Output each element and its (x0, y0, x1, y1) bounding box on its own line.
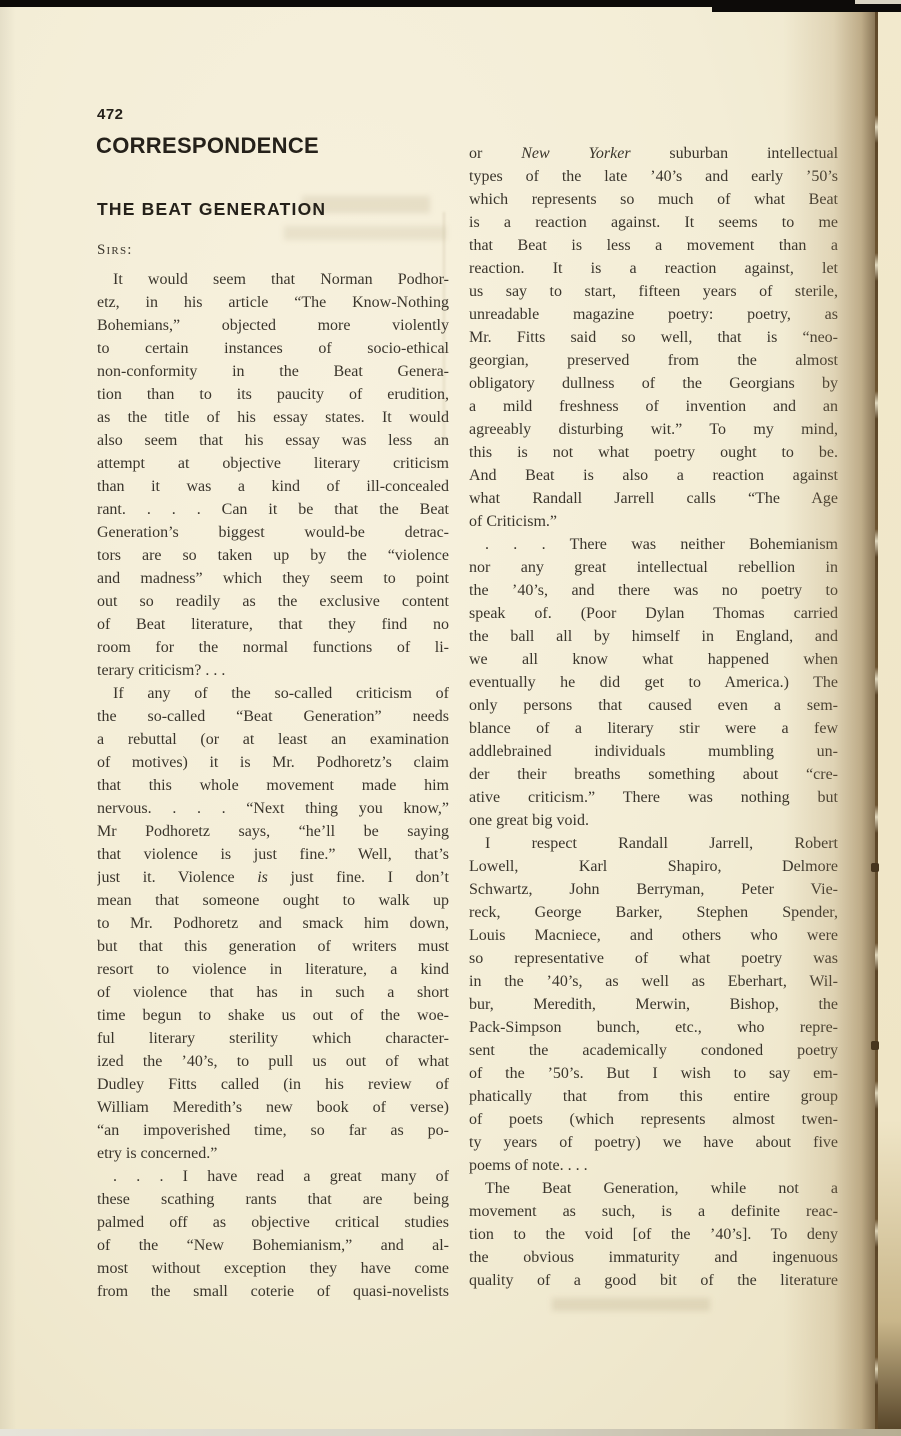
text-line: terary criticism? . . . (97, 659, 449, 682)
text-line: mean that someone ought to walk up (97, 889, 449, 912)
text-line: these scathing rants that are being (97, 1188, 449, 1211)
text-line: of motives) it is Mr. Podhoretz’s claim (97, 751, 449, 774)
text-line: tion than to its paucity of erudition, (97, 383, 449, 406)
text-line: of the “New Bohemianism,” and al- (97, 1234, 449, 1257)
text-line: attempt at objective literary criticism (97, 452, 449, 475)
scanned-page: 472 CORRESPONDENCE THE BEAT GENERATION S… (0, 0, 901, 1436)
text-line: time begun to shake us out of the woe- (97, 1004, 449, 1027)
paragraph: If any of the so-called criticism ofthe … (97, 682, 449, 1165)
scan-top-corner (855, 0, 901, 4)
text-line: also seem that his essay was less an (97, 429, 449, 452)
salutation: Sirs: (97, 242, 133, 259)
adjacent-page-edge (878, 0, 901, 1436)
text-line: Dudley Fitts called (in his review of (97, 1073, 449, 1096)
text-line: and madness” which they seem to point (97, 567, 449, 590)
left-page-shading (0, 0, 16, 1436)
bleed-through-caption (552, 1298, 710, 1311)
left-column-text: It would seem that Norman Podhor-etz, in… (97, 268, 449, 1303)
text-line: from the small coterie of quasi-novelist… (97, 1280, 449, 1303)
text-line: It would seem that Norman Podhor- (97, 268, 449, 291)
text-line: Generation’s biggest would-be detrac- (97, 521, 449, 544)
text-line: that violence is just fine.” Well, that’… (97, 843, 449, 866)
text-line: of Beat literature, that they find no (97, 613, 449, 636)
paragraph: It would seem that Norman Podhor-etz, in… (97, 268, 449, 682)
text-line: ized the ’40’s, to pull us out of what (97, 1050, 449, 1073)
text-line: ful literary sterility which character- (97, 1027, 449, 1050)
text-line: William Meredith’s new book of verse) (97, 1096, 449, 1119)
text-line: palmed off as objective critical studies (97, 1211, 449, 1234)
text-line: tors are so taken up by the “violence (97, 544, 449, 567)
text-line: to certain instances of socio-ethical (97, 337, 449, 360)
letter-title: THE BEAT GENERATION (97, 199, 326, 220)
text-line: room for the normal functions of li- (97, 636, 449, 659)
text-line: “an impoverished time, so far as po- (97, 1119, 449, 1142)
text-line: Bohemians,” objected more violently (97, 314, 449, 337)
page-number: 472 (97, 106, 124, 123)
text-line: resort to violence in literature, a kind (97, 958, 449, 981)
text-line: but that this generation of writers must (97, 935, 449, 958)
paragraph: . . . I have read a great many ofthese s… (97, 1165, 449, 1303)
page-edge-mark (871, 1041, 879, 1050)
text-line: of violence that has in such a short (97, 981, 449, 1004)
scan-bottom-edge (0, 1429, 901, 1436)
text-line: etry is concerned.” (97, 1142, 449, 1165)
text-line: etz, in his article “The Know-Nothing (97, 291, 449, 314)
bleed-through-smudge (284, 226, 446, 240)
text-line: If any of the so-called criticism of (97, 682, 449, 705)
text-line: . . . I have read a great many of (97, 1165, 449, 1188)
text-line: as the title of his essay states. It wou… (97, 406, 449, 429)
text-line: nervous. . . . “Next thing you know,” (97, 797, 449, 820)
text-line: out so readily as the exclusive content (97, 590, 449, 613)
text-line: to Mr. Podhoretz and smack him down, (97, 912, 449, 935)
text-line: non-conformity in the Beat Genera- (97, 360, 449, 383)
text-line: Mr Podhoretz says, “he’ll be saying (97, 820, 449, 843)
text-line: than it was a kind of ill-concealed (97, 475, 449, 498)
text-line: the so-called “Beat Generation” needs (97, 705, 449, 728)
page-curl-shading (783, 0, 875, 1436)
page-edge-mark (871, 863, 879, 872)
text-line: rant. . . . Can it be that the Beat (97, 498, 449, 521)
text-line: that this whole movement made him (97, 774, 449, 797)
text-line: a rebuttal (or at least an examination (97, 728, 449, 751)
text-line: most without exception they have come (97, 1257, 449, 1280)
section-heading: CORRESPONDENCE (96, 133, 319, 159)
text-line: just it. Violence is just fine. I don’t (97, 866, 449, 889)
